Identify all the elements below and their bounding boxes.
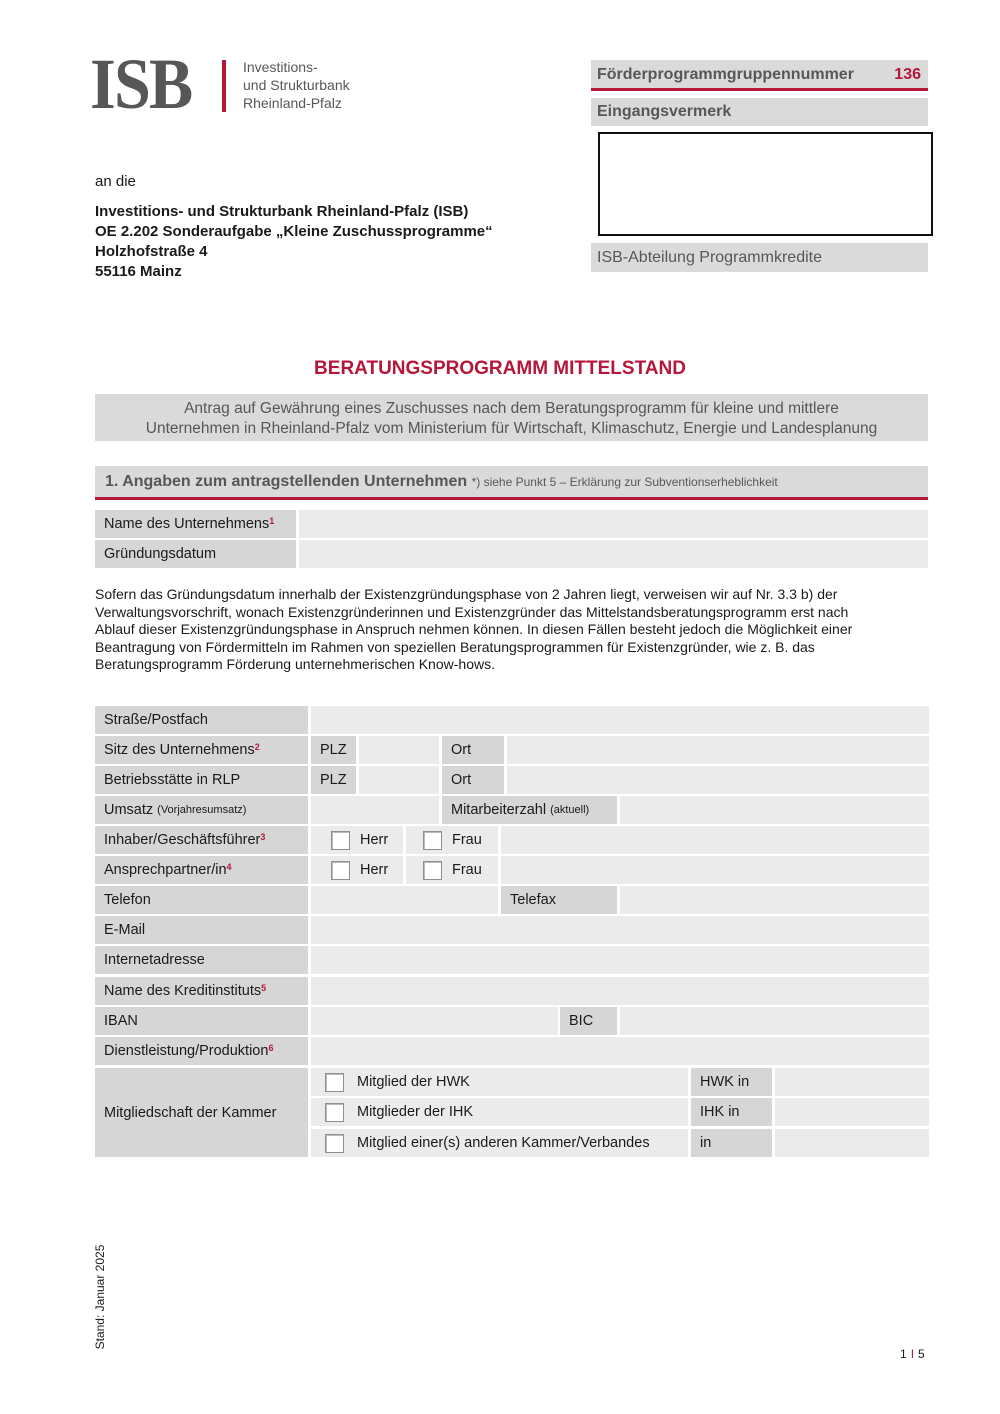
subtitle-line: Unternehmen in Rheinland-Pfalz vom Minis…	[95, 419, 928, 439]
website-field[interactable]	[311, 946, 929, 974]
recipient-address: Investitions- und Strukturbank Rheinland…	[95, 202, 493, 282]
bank-label: Name des Kreditinstituts5	[95, 977, 308, 1005]
page-total: 5	[918, 1347, 925, 1361]
service-label: Dienstleistung/Produktion6	[95, 1037, 308, 1065]
chamber-label: Mitgliedschaft der Kammer	[95, 1068, 308, 1157]
owner-label: Inhaber/Geschäftsführer3	[95, 826, 308, 854]
ihk-in-label: IHK in	[691, 1098, 772, 1126]
logo-text: Investitions- und Strukturbank Rheinland…	[243, 58, 350, 112]
label-hint: (Vorjahresumsatz)	[157, 804, 246, 816]
chamber-option-ihk[interactable]: Mitglieder der IHK	[311, 1098, 688, 1126]
checkbox[interactable]	[423, 831, 442, 850]
notice-line: Beratungsprogramm Förderung unternehmeri…	[95, 656, 935, 674]
address-line: Investitions- und Strukturbank Rheinland…	[95, 202, 493, 222]
chamber-option-hwk[interactable]: Mitglied der HWK	[311, 1068, 688, 1096]
street-field[interactable]	[311, 706, 929, 734]
label-text: Mitarbeiterzahl	[451, 802, 546, 818]
footnote-marker: 4	[227, 862, 232, 872]
chamber-option-other[interactable]: Mitglied einer(s) anderen Kammer/Verband…	[311, 1129, 688, 1157]
checkbox[interactable]	[325, 1134, 344, 1153]
option-label: Mitglied der HWK	[357, 1074, 470, 1090]
email-field[interactable]	[311, 916, 929, 944]
checkbox[interactable]	[423, 861, 442, 880]
company-name-field[interactable]	[299, 510, 928, 538]
accent-rule	[591, 88, 928, 91]
option-label: Frau	[452, 862, 482, 878]
footnote-marker: 3	[260, 832, 265, 842]
receipt-stamp-field[interactable]	[598, 132, 933, 236]
label-text: Inhaber/Geschäftsführer	[104, 832, 260, 848]
seat-ort-label: Ort	[442, 736, 504, 764]
owner-name-field[interactable]	[501, 826, 929, 854]
other-in-field[interactable]	[775, 1129, 929, 1157]
company-seat-label: Sitz des Unternehmens2	[95, 736, 308, 764]
founding-date-field[interactable]	[299, 540, 928, 568]
option-label: Mitglied einer(s) anderen Kammer/Verband…	[357, 1135, 650, 1151]
section-note: *) siehe Punkt 5 – Erklärung zur Subvent…	[472, 475, 778, 489]
notice-line: Sofern das Gründungsdatum innerhalb der …	[95, 586, 935, 604]
notice-line: Ablauf dieser Existenzgründungsphase in …	[95, 621, 935, 639]
seat-plz-field[interactable]	[359, 736, 439, 764]
phone-field[interactable]	[311, 886, 498, 914]
page-number: 1I5	[900, 1347, 925, 1361]
logo-divider	[222, 60, 226, 112]
employees-field[interactable]	[620, 796, 929, 824]
site-ort-label: Ort	[442, 766, 504, 794]
label-text: Ansprechpartner/in	[104, 862, 227, 878]
label-text: Sitz des Unternehmens	[104, 742, 255, 758]
service-field[interactable]	[311, 1037, 929, 1065]
option-label: Frau	[452, 832, 482, 848]
subtitle-box: Antrag auf Gewährung eines Zuschusses na…	[95, 394, 928, 441]
contact-frau-option[interactable]: Frau	[406, 856, 498, 884]
iban-field[interactable]	[311, 1007, 558, 1035]
subtitle-line: Antrag auf Gewährung eines Zuschusses na…	[95, 399, 928, 419]
fax-field[interactable]	[620, 886, 929, 914]
page-current: 1	[900, 1347, 907, 1361]
ihk-in-field[interactable]	[775, 1098, 929, 1126]
address-intro: an die	[95, 173, 136, 190]
employees-label: Mitarbeiterzahl(aktuell)	[442, 796, 617, 824]
label-text: Umsatz	[104, 802, 153, 818]
bic-label: BIC	[560, 1007, 617, 1035]
department-label: ISB-Abteilung Programmkredite	[591, 243, 928, 272]
founding-date-label: Gründungsdatum	[95, 540, 296, 568]
section-title: 1. Angaben zum antragstellenden Unterneh…	[105, 473, 467, 490]
program-group-number: 136	[894, 66, 921, 84]
program-group-label: Förderprogrammgruppennummer	[597, 66, 854, 83]
checkbox[interactable]	[331, 831, 350, 850]
address-line: Holzhofstraße 4	[95, 242, 493, 262]
address-line: OE 2.202 Sonderaufgabe „Kleine Zuschussp…	[95, 222, 493, 242]
founding-phase-notice: Sofern das Gründungsdatum innerhalb der …	[95, 586, 935, 674]
label-hint: (aktuell)	[550, 804, 589, 816]
notice-line: Beantragung von Fördermitteln im Rahmen …	[95, 639, 935, 657]
footnote-marker: 2	[255, 742, 260, 752]
receipt-label: Eingangsvermerk	[591, 98, 928, 126]
company-name-label: Name des Unternehmens1	[95, 510, 296, 538]
logo-line: Investitions-	[243, 58, 350, 76]
checkbox[interactable]	[325, 1103, 344, 1122]
site-ort-field[interactable]	[507, 766, 929, 794]
email-label: E-Mail	[95, 916, 308, 944]
phone-label: Telefon	[95, 886, 308, 914]
site-plz-label: PLZ	[311, 766, 356, 794]
owner-frau-option[interactable]: Frau	[406, 826, 498, 854]
bank-field[interactable]	[311, 977, 929, 1005]
notice-line: Verwaltungsvorschrift, wonach Existenzgr…	[95, 604, 935, 622]
option-label: Herr	[360, 862, 388, 878]
hwk-in-field[interactable]	[775, 1068, 929, 1096]
other-in-label: in	[691, 1129, 772, 1157]
logo-line: und Strukturbank	[243, 76, 350, 94]
version-date: Stand: Januar 2025	[93, 1237, 107, 1357]
option-label: Herr	[360, 832, 388, 848]
fax-label: Telefax	[501, 886, 617, 914]
website-label: Internetadresse	[95, 946, 308, 974]
page-separator: I	[911, 1347, 914, 1361]
revenue-field[interactable]	[311, 796, 439, 824]
label-text: Dienstleistung/Produktion	[104, 1043, 268, 1059]
contact-label: Ansprechpartner/in4	[95, 856, 308, 884]
street-label: Straße/Postfach	[95, 706, 308, 734]
footnote-marker: 1	[269, 516, 274, 526]
isb-logo-mark: ISB	[90, 48, 191, 120]
program-group-box: Förderprogrammgruppennummer 136	[591, 60, 928, 88]
iban-label: IBAN	[95, 1007, 308, 1035]
footnote-marker: 6	[268, 1043, 273, 1053]
seat-plz-label: PLZ	[311, 736, 356, 764]
section-heading: 1. Angaben zum antragstellenden Unterneh…	[95, 466, 928, 499]
section-rule	[95, 497, 928, 500]
bic-field[interactable]	[620, 1007, 929, 1035]
contact-name-field[interactable]	[501, 856, 929, 884]
checkbox[interactable]	[331, 861, 350, 880]
seat-ort-field[interactable]	[507, 736, 929, 764]
site-label: Betriebsstätte in RLP	[95, 766, 308, 794]
label-text: Name des Unternehmens	[104, 516, 269, 532]
hwk-in-label: HWK in	[691, 1068, 772, 1096]
address-line: 55116 Mainz	[95, 262, 493, 282]
logo-line: Rheinland-Pfalz	[243, 94, 350, 112]
page-title: BERATUNGSPROGRAMM MITTELSTAND	[0, 358, 1000, 380]
contact-herr-option[interactable]: Herr	[311, 856, 403, 884]
footnote-marker: 5	[261, 983, 266, 993]
label-text: Name des Kreditinstituts	[104, 983, 261, 999]
owner-herr-option[interactable]: Herr	[311, 826, 403, 854]
option-label: Mitglieder der IHK	[357, 1104, 473, 1120]
revenue-label: Umsatz(Vorjahresumsatz)	[95, 796, 308, 824]
checkbox[interactable]	[325, 1073, 344, 1092]
site-plz-field[interactable]	[359, 766, 439, 794]
